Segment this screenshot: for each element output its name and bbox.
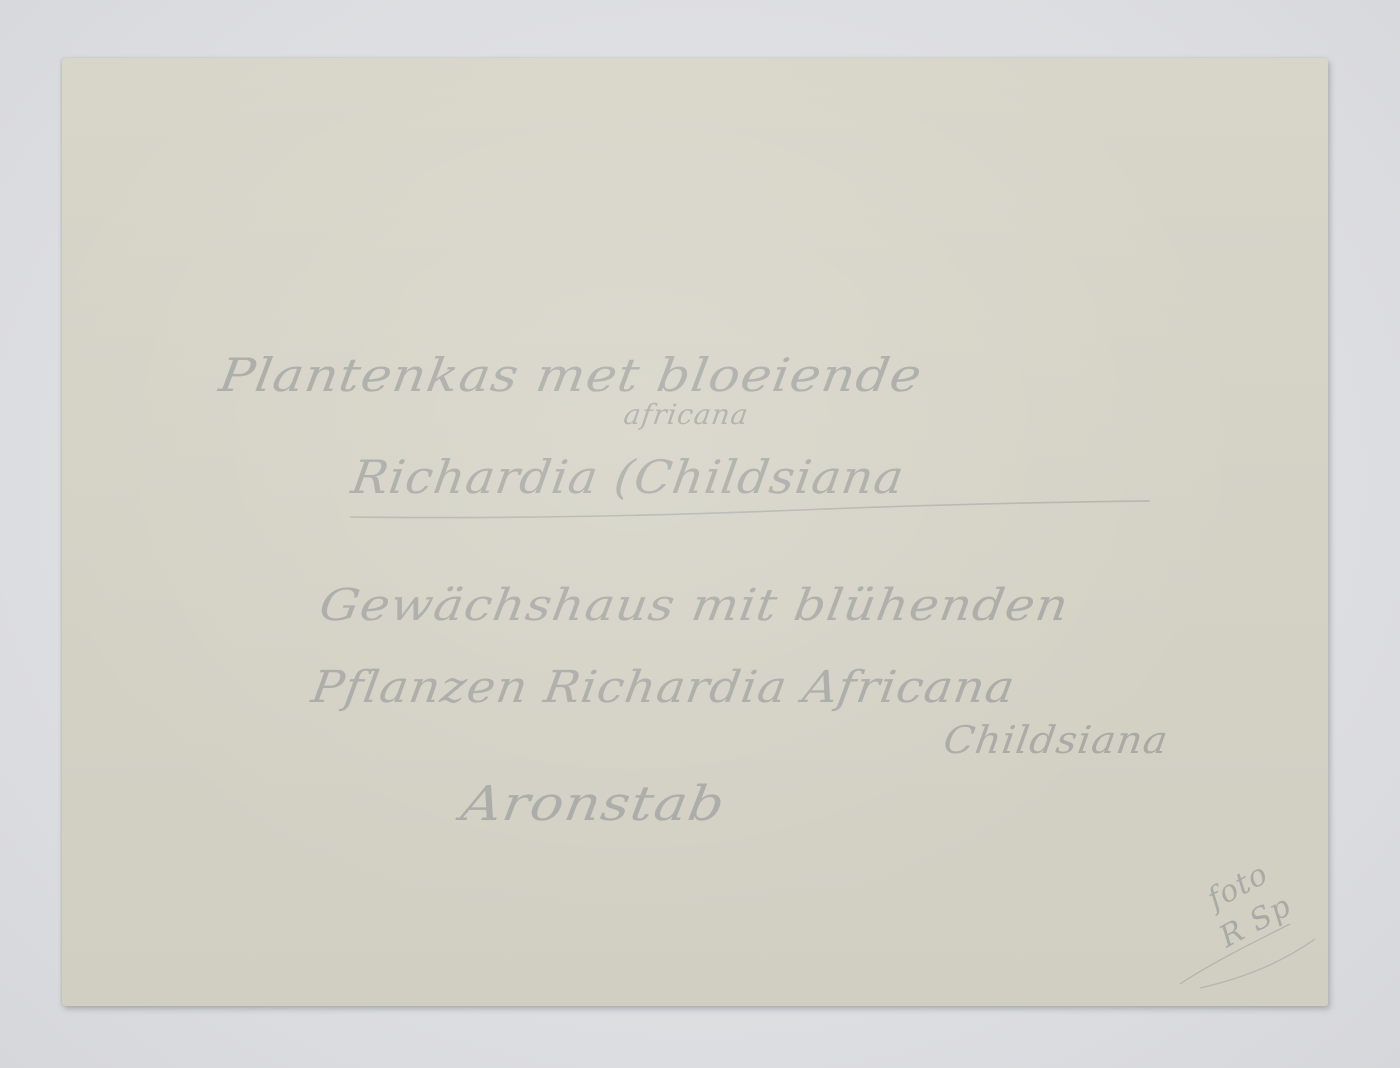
inscription-dutch-line-1: Plantenkas met bloeiende	[216, 348, 927, 402]
inscription-dutch-insert: africana	[622, 398, 751, 431]
inscription-german-line-3: Childsiana	[941, 718, 1172, 762]
inscription-dutch-line-2: Richardia (Childsiana	[348, 450, 908, 504]
pencil-divider-line	[350, 498, 1150, 520]
inscription-german-line-1: Gewächshaus mit blühenden	[316, 580, 1073, 631]
corner-note-flourish	[1170, 884, 1320, 994]
photo-card-back: Plantenkas met bloeiende africana Richar…	[62, 58, 1328, 1006]
inscription-german-line-4: Aronstab	[457, 776, 729, 832]
corner-photographer-note: foto R Sp	[1170, 884, 1320, 994]
inscription-german-line-2: Pflanzen Richardia Africana	[308, 662, 1019, 713]
